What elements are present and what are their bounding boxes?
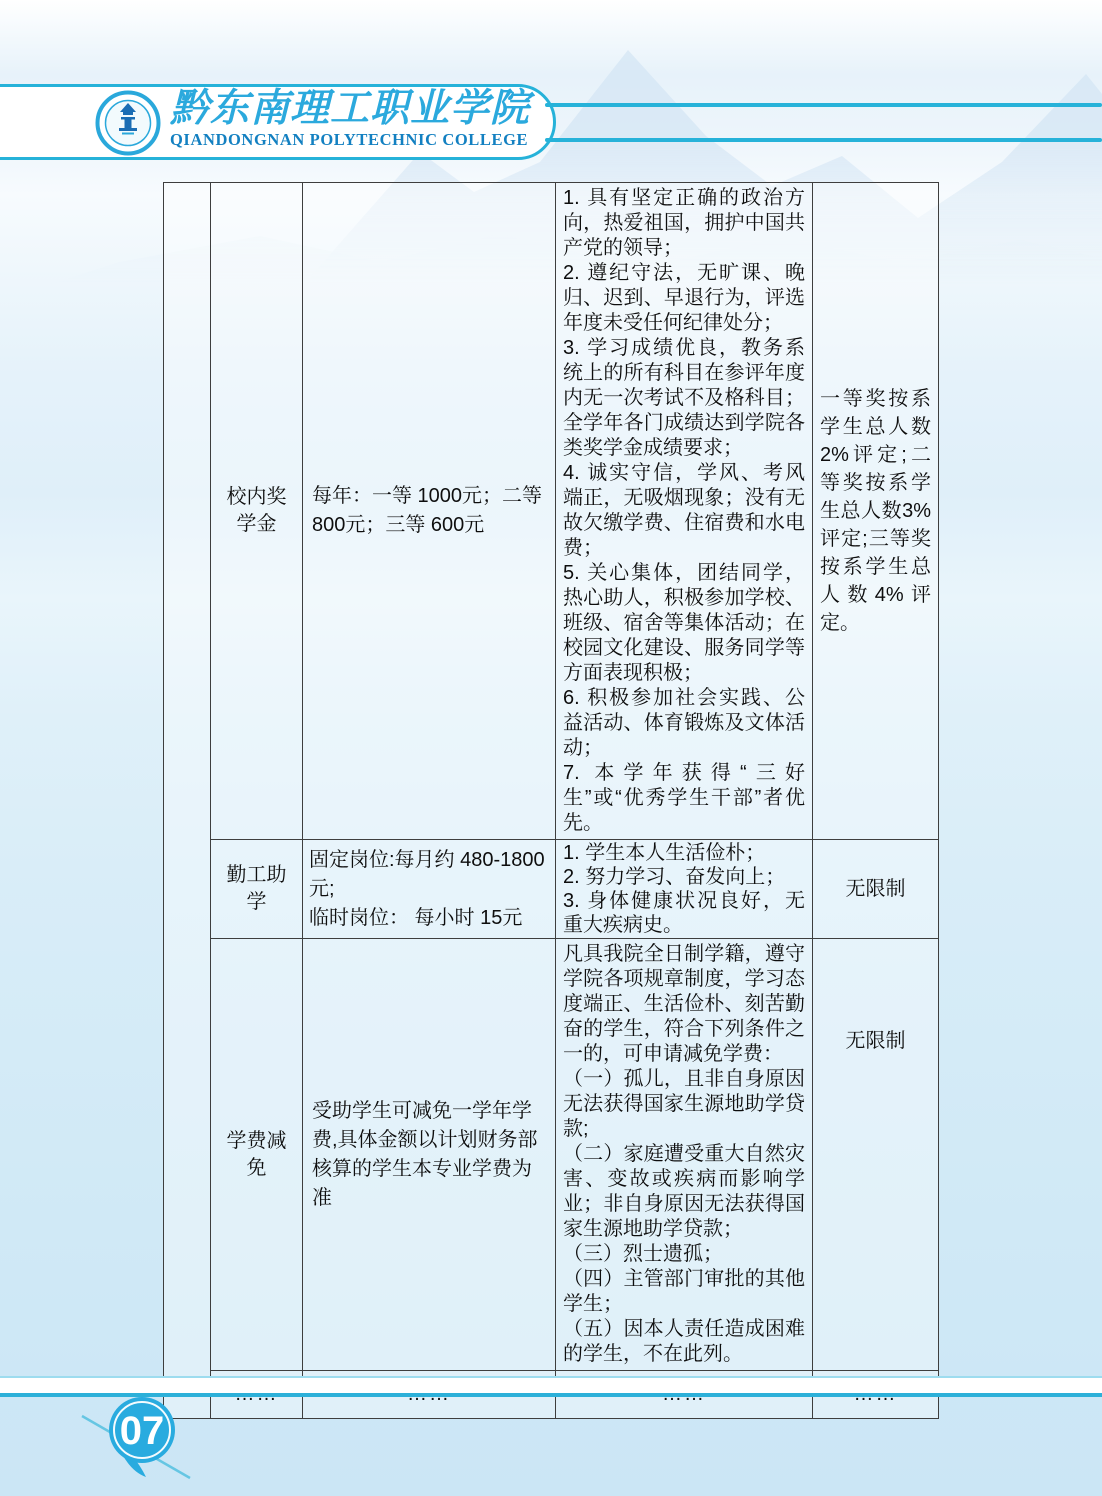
table-cell-category <box>164 183 211 1419</box>
table-cell-quota: 无限制 <box>813 939 939 1371</box>
college-name-en: QIANDONGNAN POLYTECHNIC COLLEGE <box>170 130 560 149</box>
college-name-zh: 黔东南理工职业学院 <box>170 88 560 130</box>
table-row-tuition-waiver: 学费减 免 受助学生可减免一学年学 费,具体金额以计划财务部 核算的学生本专业学… <box>164 939 939 1371</box>
table-cell-quota: 无限制 <box>813 840 939 939</box>
table-cell-conditions: 1. 具有坚定正确的政治方向，热爱祖国，拥护中国共产党的领导； 2. 遵纪守法，… <box>556 183 813 840</box>
college-title-block: 黔东南理工职业学院 QIANDONGNAN POLYTECHNIC COLLEG… <box>170 88 560 149</box>
table-row-workstudy: 勤工助 学 固定岗位:每月约 480-1800 元; 临时岗位： 每小时 15元… <box>164 840 939 939</box>
table-cell-amount: 受助学生可减免一学年学 费,具体金额以计划财务部 核算的学生本专业学费为准 <box>303 939 556 1371</box>
page-number-badge: 07 <box>76 1388 196 1488</box>
financial-aid-table: 校内奖 学金 每年：一等 1000元；二等 800元；三等 600元 1. 具有… <box>163 182 939 1419</box>
table-cell-label: 勤工助 学 <box>211 840 303 939</box>
banner-tail-line-top <box>545 103 1102 107</box>
table-cell-conditions: 1. 学生本人生活俭朴； 2. 努力学习、奋发向上； 3. 身体健康状况良好，无… <box>556 840 813 939</box>
table-cell-quota: 一等奖按系学生总人数2%评定;二等奖按系学生总人数3%评定;三等奖按系学生总人数… <box>813 183 939 840</box>
table-cell-conditions: 凡具我院全日制学籍，遵守学院各项规章制度，学习态度端正、生活俭朴、刻苦勤奋的学生… <box>556 939 813 1371</box>
table-cell-label: 校内奖 学金 <box>211 183 303 840</box>
document-page: 黔东南理工职业学院 QIANDONGNAN POLYTECHNIC COLLEG… <box>0 0 1102 1496</box>
college-logo-icon <box>95 90 161 156</box>
page-number: 07 <box>120 1409 165 1453</box>
table-row-scholarship: 校内奖 学金 每年：一等 1000元；二等 800元；三等 600元 1. 具有… <box>164 183 939 840</box>
banner-tail-line-bottom <box>545 138 1102 142</box>
table-cell-label: 学费减 免 <box>211 939 303 1371</box>
table-cell-amount: 固定岗位:每月约 480-1800 元; 临时岗位： 每小时 15元 <box>303 840 556 939</box>
table-cell-amount: 每年：一等 1000元；二等 800元；三等 600元 <box>303 183 556 840</box>
